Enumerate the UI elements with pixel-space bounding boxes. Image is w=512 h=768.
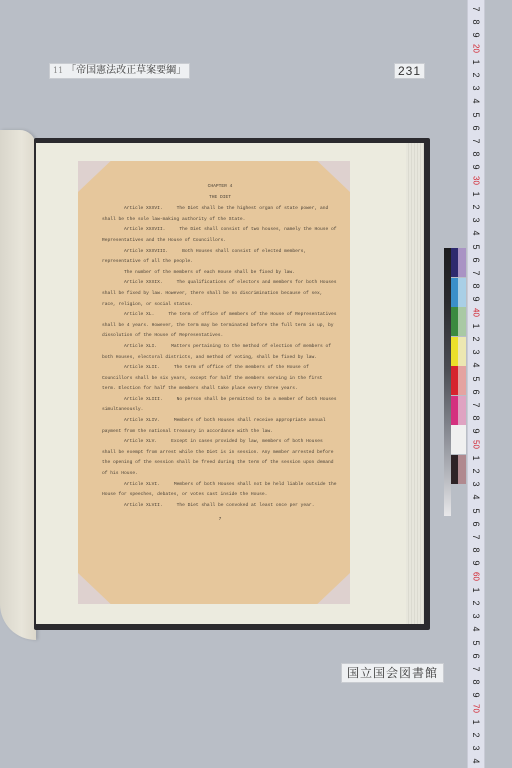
color-swatch-light (458, 396, 466, 425)
article-paragraph: Article XLIII.No person shall be permitt… (102, 395, 338, 416)
article-paragraph: Article XL.The term of office of members… (102, 310, 338, 342)
articles-list: Article XXXVI.The Diet shall be the high… (102, 204, 338, 511)
article-number: Article XLIV. (124, 418, 160, 423)
article-number: Article XXXVIII. (124, 249, 168, 254)
article-paragraph: Article XXXVI.The Diet shall be the high… (102, 204, 338, 225)
article-number: Article XXXVI. (124, 206, 163, 211)
article-text: Except in cases provided by law, members… (102, 439, 334, 476)
article-number: Article XL. (124, 312, 154, 317)
color-swatch (451, 278, 458, 307)
chapter-title: THE DIET (102, 193, 338, 204)
article-paragraph: Article XLVII.The Diet shall be convoked… (102, 501, 338, 512)
ruler-tick-label: 4 (471, 753, 481, 768)
volume-number: 11 (53, 66, 63, 75)
color-swatch-light (458, 366, 466, 395)
article-paragraph: Article XLVI.Members of both Houses shal… (102, 480, 338, 501)
measuring-ruler: 7892012345678930123456789401234567895012… (467, 0, 485, 768)
article-number: Article XXXVII. (124, 227, 165, 232)
color-swatch (451, 248, 458, 277)
page-footer-number: 7 (102, 515, 338, 526)
article-number: Article XLVI. (124, 482, 160, 487)
article-text: The Diet shall be convoked at least once… (177, 503, 315, 508)
chapter-heading: CHAPTER 4 (102, 182, 338, 193)
page-number-label: 231 (394, 63, 425, 79)
library-label: 国立国会図書館 (341, 663, 444, 683)
article-number: Article XLV. (124, 439, 157, 444)
color-swatch (451, 425, 458, 454)
gray-scale-strip (444, 248, 451, 516)
article-paragraph: Article XLIV.Members of both Houses shal… (102, 416, 338, 437)
color-swatch-light (458, 425, 466, 454)
article-number: Article XLII. (124, 365, 160, 370)
page-edges (406, 143, 424, 624)
color-swatch (451, 337, 458, 366)
color-swatch (451, 307, 458, 336)
volume-label: 11「帝国憲法改正草案要綱」 (49, 63, 190, 79)
article-paragraph: The number of the members of each House … (102, 268, 338, 279)
document-text: CHAPTER 4 THE DIET Article XXXVI.The Die… (102, 182, 338, 526)
article-paragraph: Article XXXVIII.Both Houses shall consis… (102, 247, 338, 268)
volume-title: 「帝国憲法改正草案要綱」 (66, 65, 186, 76)
color-swatch (451, 455, 458, 484)
color-swatch-light (458, 278, 466, 307)
article-number: Article XLVII. (124, 503, 163, 508)
article-paragraph: Article XXXVII.The Diet shall consist of… (102, 225, 338, 246)
color-swatch-light (458, 337, 466, 366)
color-swatch (451, 396, 458, 425)
article-paragraph: Article XLV.Except in cases provided by … (102, 437, 338, 479)
article-number: Article XLI. (124, 344, 157, 349)
color-calibration-chart (444, 248, 466, 516)
left-page-curl (0, 130, 36, 640)
article-paragraph: Article XLI.Matters pertaining to the me… (102, 342, 338, 363)
article-number: Article XXXIX. (124, 280, 163, 285)
article-paragraph: Article XXXIX.The qualifications of elec… (102, 278, 338, 310)
article-number: Article XLIII. (124, 397, 163, 402)
color-swatch-light (458, 248, 466, 277)
article-paragraph: Article XLII.The term of office of the m… (102, 363, 338, 395)
color-swatch (451, 366, 458, 395)
color-swatch-light (458, 455, 466, 484)
color-swatch-light (458, 307, 466, 336)
article-text: The number of the members of each House … (124, 270, 295, 275)
